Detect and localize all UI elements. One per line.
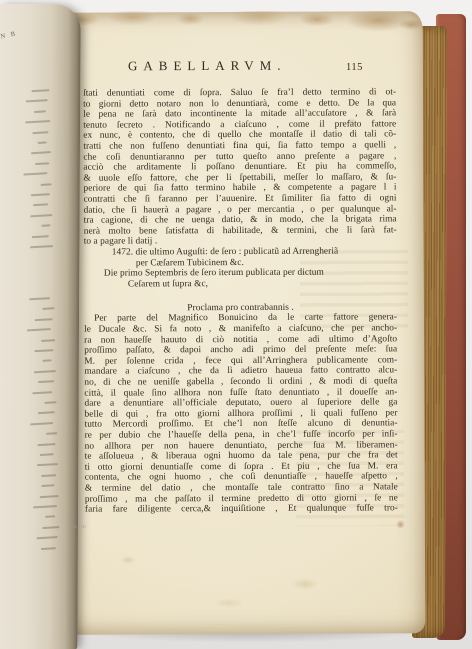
text-fragment-bar [31,193,50,196]
text-fragment-bar [38,412,55,415]
foxing-spot [292,578,318,590]
text-line: re per dubio che l’haueſſe della pena, i… [85,429,398,441]
page-top-stains [60,11,422,39]
text-fragment-bar [41,484,54,487]
text-fragment-bar [46,432,57,435]
text-line: contratti che ſi faranno per l’auuenire.… [84,193,397,205]
text-fragment-bar [25,120,50,124]
text-fragment-bar [43,360,52,363]
text-fragment-bar [38,380,54,383]
text-fragment-bar [40,495,59,498]
text-fragment-bar [26,100,48,103]
text-fragment-bar [41,474,56,477]
bleedthrough-mark: -nam [70,524,87,530]
text-fragment-bar [35,318,53,321]
text-fragment-bar [32,391,52,394]
text-fragment-bar [42,526,59,529]
text-fragment-bar [33,204,48,207]
running-head: GABELLARVM. [128,58,287,75]
text-fragment-bar [37,536,58,539]
text-fragment-bar [42,225,51,228]
text-fragment-bar [29,297,50,300]
text-fragment-bar [35,162,49,165]
text-fragment-bar [40,453,54,456]
text-block: ſtati denuntiati come di ſopra. Saluo ſe… [83,87,398,515]
text-line: no, di che ne ueniſſe gabella , ſecondo … [84,376,397,388]
text-fragment-bar [42,308,54,311]
text-fragment-bar [30,245,53,249]
text-fragment-bar [32,235,49,238]
text-fragment-bar [34,349,53,352]
text-line: & termine del datio , che montaſſe tale … [85,482,398,494]
text-fragment-bar [27,328,51,332]
foxing-spot [214,598,244,608]
text-line [84,289,397,301]
text-fragment-bar [30,422,53,426]
marginal-fragment: N B [0,30,18,40]
text-line: faria fare diligente cerca,& inquiſition… [85,503,398,515]
text-fragment-bar [45,401,57,404]
text-fragment-bar [37,443,55,446]
text-fragment-bar [41,183,52,186]
text-line: tratti che non fuſſeno denuntiati fina q… [83,140,396,152]
text-fragment-bar [45,516,55,519]
folio-number: 115 [346,62,363,73]
text-fragment-bar [31,152,51,155]
text-fragment-bar [32,131,48,134]
text-fragment-bar [34,110,46,113]
text-fragment-bar [31,89,49,92]
text-fragment-bar [23,172,47,176]
text-fragment-bar [38,141,47,144]
text-line: nerà molto bene ſatisfatta di habilitade… [84,225,397,237]
text-fragment-bar [41,339,55,342]
book-photograph: N B GABELLARVM. 115 ſtati denuntiati com… [0,0,472,649]
text-fragment-bar [30,214,52,217]
text-fragment-bar [34,370,56,373]
previous-page-edge: N B [0,4,81,649]
illegible-text-fragments [0,89,72,577]
text-line: ſtati denuntiati come di ſopra. Saluo ſe… [83,87,396,99]
text-fragment-bar [41,547,56,550]
text-fragment-bar [37,463,58,466]
foxing-spot [120,556,136,564]
text-fragment-bar [33,505,57,509]
